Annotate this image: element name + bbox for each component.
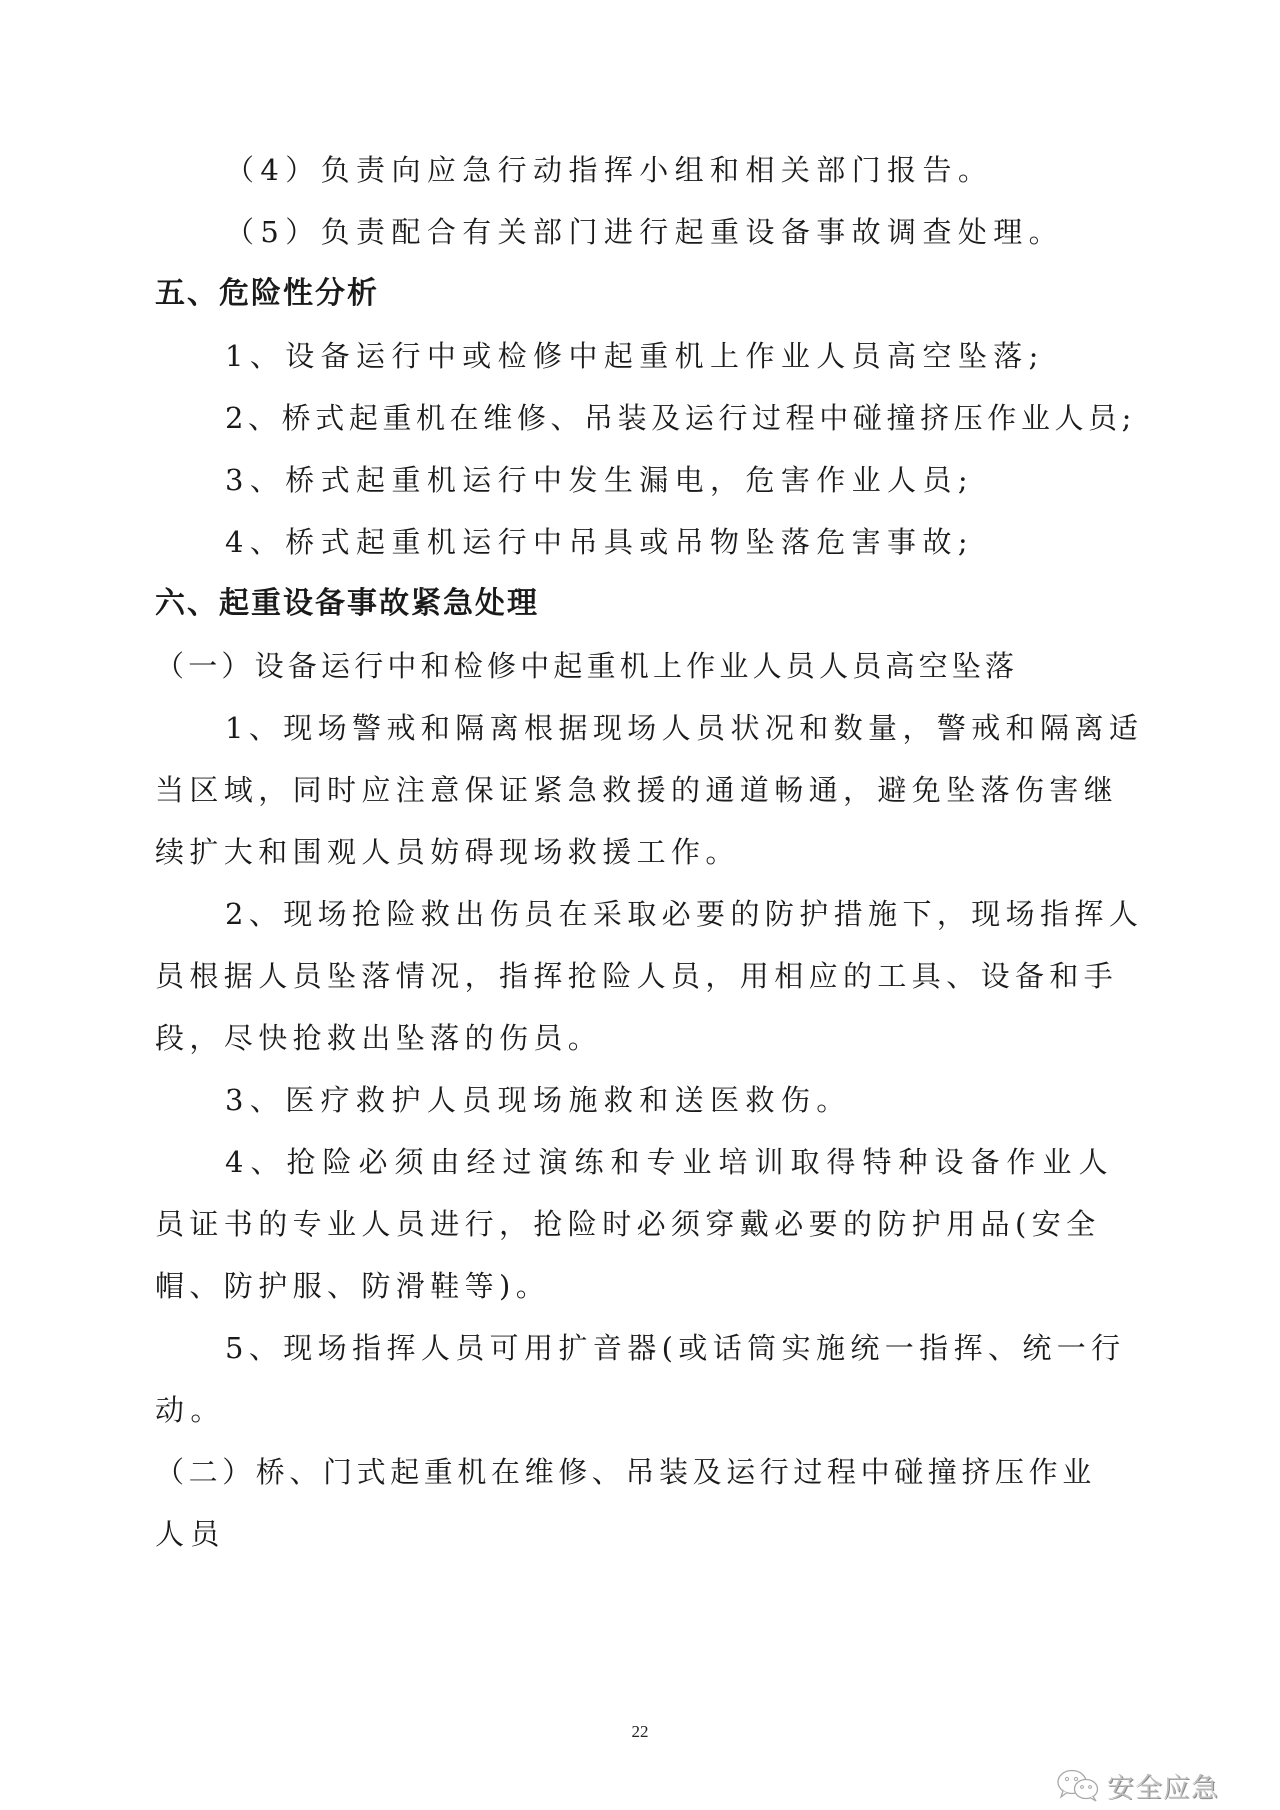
subsection-heading-2: （二）桥、门式起重机在维修、吊装及运行过程中碰撞挤压作业: [155, 1452, 1096, 1492]
paragraph-line: 续扩大和围观人员妨碍现场救援工作。: [155, 832, 740, 872]
watermark-text: 安全应急: [1107, 1766, 1219, 1805]
paragraph-line: （5）负责配合有关部门进行起重设备事故调查处理。: [225, 212, 1064, 252]
paragraph-line: 4、桥式起重机运行中吊具或吊物坠落危害事故;: [225, 522, 974, 562]
paragraph-line: 1、现场警戒和隔离根据现场人员状况和数量，警戒和隔离适: [225, 708, 1143, 748]
paragraph-line: 人员: [155, 1514, 226, 1554]
paragraph-line: 2、现场抢险救出伤员在采取必要的防护措施下，现场指挥人: [225, 894, 1143, 934]
document-page: （4）负责向应急行动指挥小组和相关部门报告。 （5）负责配合有关部门进行起重设备…: [0, 0, 1280, 1810]
paragraph-line: 员根据人员坠落情况，指挥抢险人员，用相应的工具、设备和手: [155, 956, 1118, 996]
paragraph-line: 当区域，同时应注意保证紧急救援的通道畅通，避免坠落伤害继: [155, 770, 1118, 810]
subsection-heading-1: （一）设备运行中和检修中起重机上作业人员人员高空坠落: [155, 646, 1018, 686]
paragraph-line: 帽、防护服、防滑鞋等)。: [155, 1266, 550, 1306]
paragraph-line: 3、医疗救护人员现场施救和送医救伤。: [225, 1080, 852, 1120]
section-heading-5: 五、危险性分析: [155, 274, 379, 314]
paragraph-line: 段，尽快抢救出坠落的伤员。: [155, 1018, 602, 1058]
page-number: 22: [0, 1722, 1280, 1742]
paragraph-line: 动。: [155, 1390, 226, 1430]
wechat-icon: [1055, 1768, 1101, 1802]
paragraph-line: 2、桥式起重机在维修、吊装及运行过程中碰撞挤压作业人员;: [225, 398, 1136, 438]
section-heading-6: 六、起重设备事故紧急处理: [155, 584, 539, 624]
paragraph-line: 4、抢险必须由经过演练和专业培训取得特种设备作业人: [225, 1142, 1114, 1182]
paragraph-line: 5、现场指挥人员可用扩音器(或话筒实施统一指挥、统一行: [225, 1328, 1126, 1368]
paragraph-line: 3、桥式起重机运行中发生漏电，危害作业人员;: [225, 460, 974, 500]
paragraph-line: （4）负责向应急行动指挥小组和相关部门报告。: [225, 150, 993, 190]
paragraph-line: 1、设备运行中或检修中起重机上作业人员高空坠落;: [225, 336, 1045, 376]
paragraph-line: 员证书的专业人员进行，抢险时必须穿戴必要的防护用品(安全: [155, 1204, 1101, 1244]
watermark: 安全应急: [1055, 1765, 1219, 1805]
